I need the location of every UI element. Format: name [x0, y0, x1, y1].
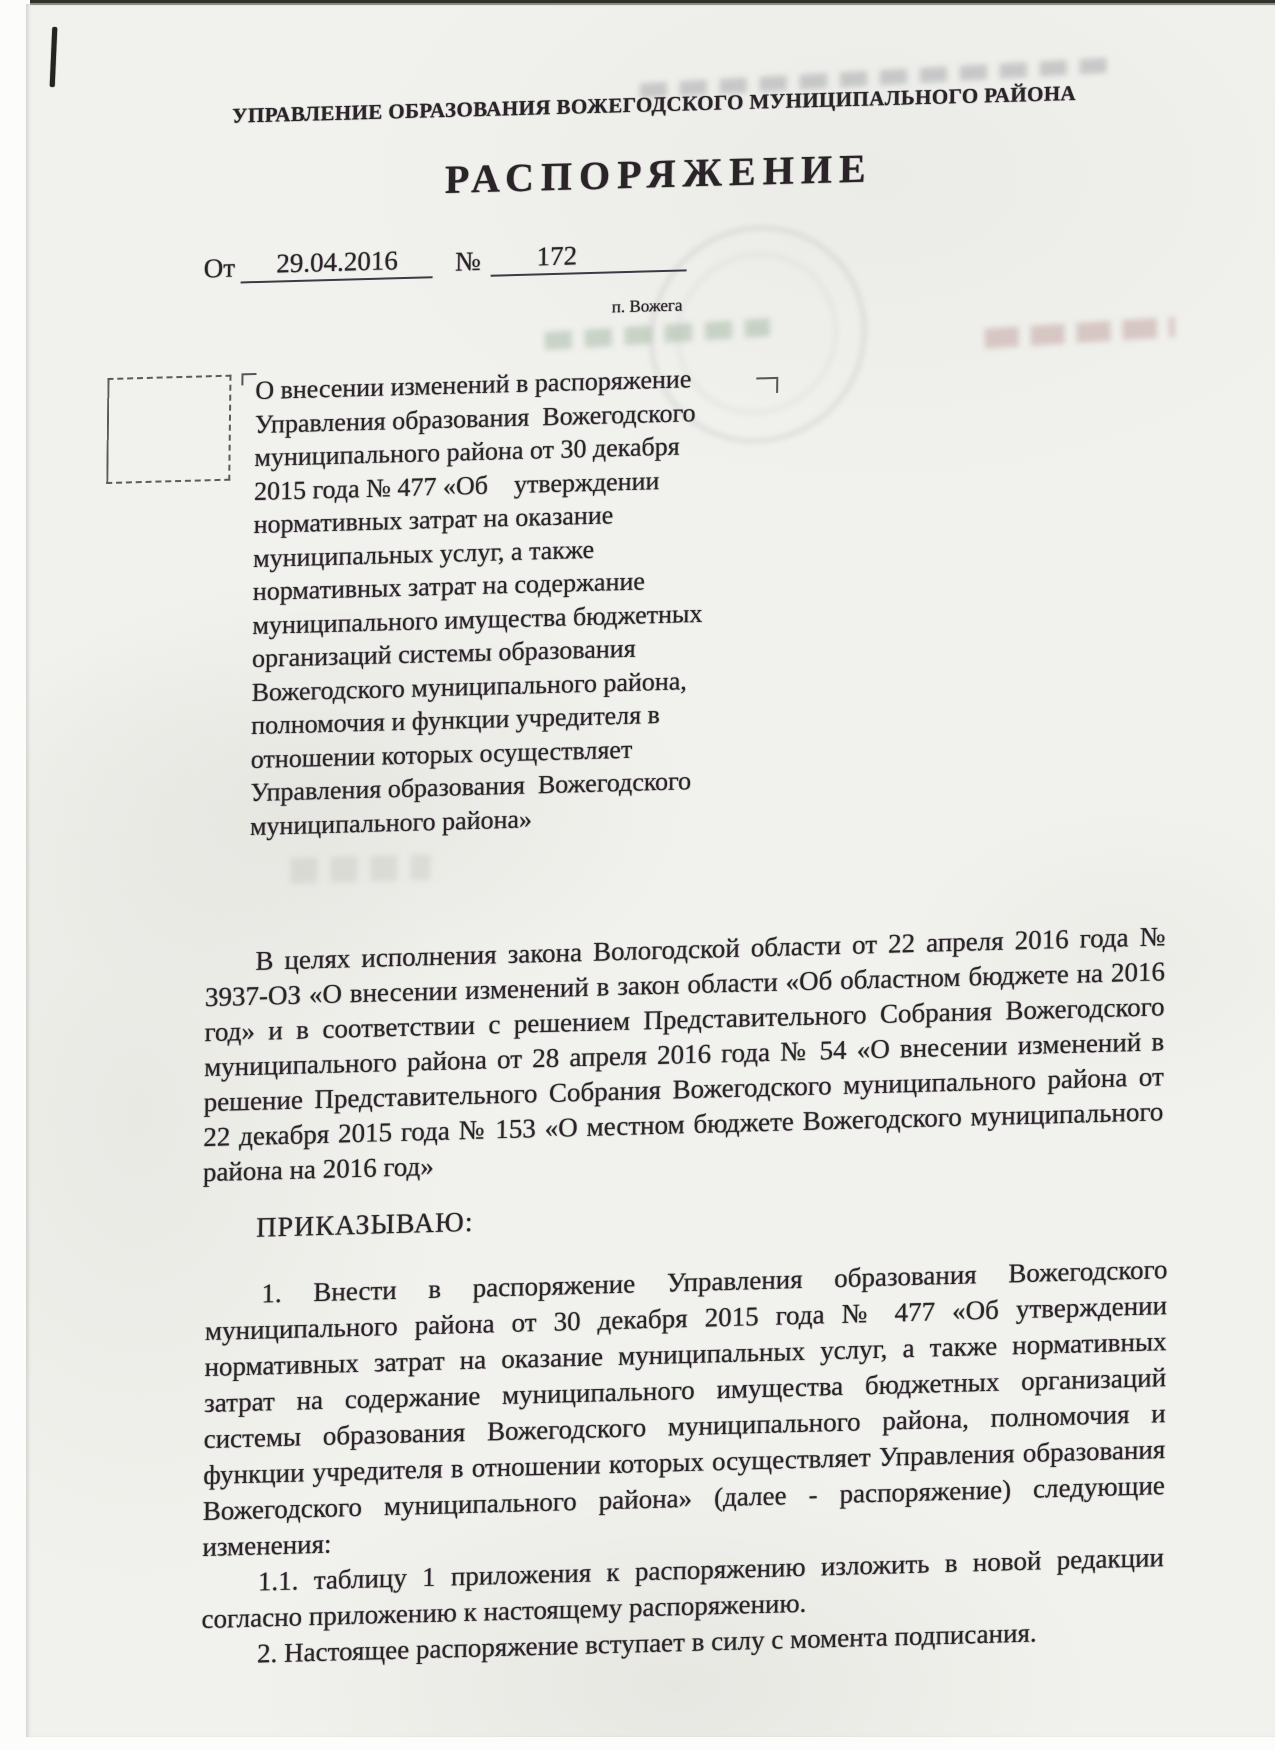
page-content: УПРАВЛЕНИЕ ОБРАЗОВАНИЯ ВОЖЕГОДСКОГО МУНИ… — [0, 0, 1275, 1750]
clause-1: 1. Внести в распоряжение Управления обра… — [202, 1251, 1167, 1565]
date-value: 29.04.2016 — [276, 245, 398, 278]
preamble-paragraph: В целях исполнения закона Вологодской об… — [203, 919, 1166, 1190]
place-line: п. Вожега — [202, 284, 1092, 328]
bleed-through-smudge — [290, 854, 430, 884]
corner-mark-close — [756, 377, 778, 394]
number-value: 172 — [536, 240, 577, 271]
corner-mark-open — [241, 373, 256, 385]
clauses-list: 1. Внести в распоряжение Управления обра… — [201, 1251, 1168, 1673]
date-label: От — [204, 253, 236, 284]
document-type-title: РАСПОРЯЖЕНИЕ — [208, 138, 1109, 209]
date-number-row: От29.04.2016№172 — [204, 237, 687, 284]
stamp-placeholder-box — [106, 375, 231, 484]
number-label: № — [455, 246, 481, 277]
order-word: ПРИКАЗЫВАЮ: — [256, 1207, 474, 1245]
date-field: 29.04.2016 — [241, 244, 433, 283]
bleed-through-signature-name — [985, 317, 1175, 349]
subject-block: О внесении изменений в распоряжение Упра… — [250, 362, 706, 843]
number-field: 172 — [491, 237, 687, 276]
